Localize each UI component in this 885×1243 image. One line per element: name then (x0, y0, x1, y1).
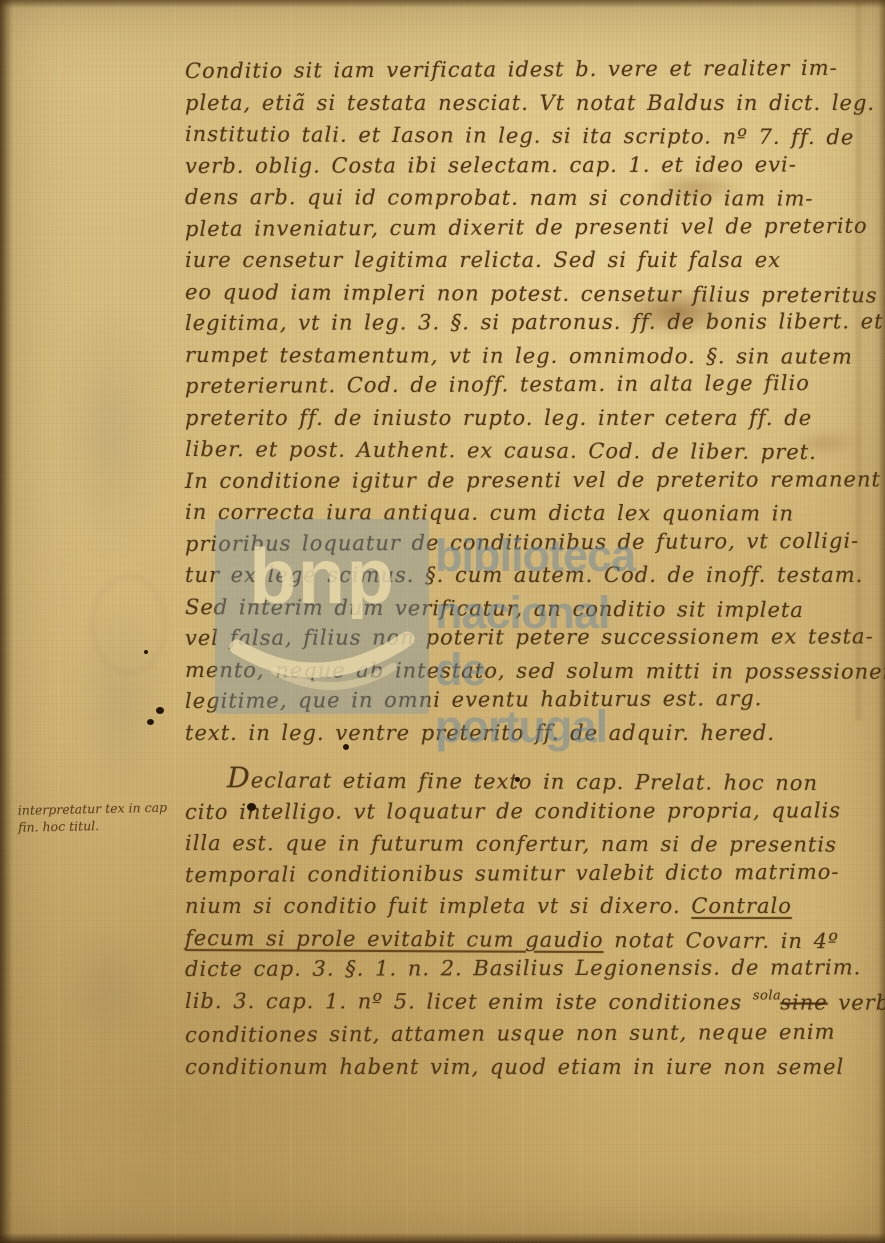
text-segment: legitime, que in omni eventu habiturus e… (185, 686, 762, 713)
text-segment: lib. 3. cap. 1. nº 5. licet enim iste co… (185, 989, 753, 1014)
manuscript-line: preterito ff. de iniusto rupto. leg. int… (185, 403, 875, 435)
manuscript-line: temporali conditionibus sumitur valebit … (185, 856, 875, 891)
text-segment: conditionum habent vim, quod etiam in iu… (185, 1055, 844, 1079)
text-segment: Declarat etiam fine texto in cap. Prelat… (227, 768, 818, 795)
struck-word: sine (780, 990, 828, 1014)
marginal-note-line: interpretatur tex in cap (18, 798, 186, 819)
manuscript-text: Conditio sit iam verificata idest b. ver… (185, 56, 875, 1083)
manuscript-line: legitime, que in omni eventu habiturus e… (185, 683, 875, 718)
manuscript-line: dicte cap. 3. §. 1. n. 2. Basilius Legio… (185, 952, 875, 985)
manuscript-line: conditiones sint, attamen usque non sunt… (185, 1017, 875, 1052)
text-segment: verb. oblig. Costa ibi selectam. cap. 1.… (185, 152, 797, 177)
text-segment: In conditione igitur de presenti vel de … (185, 467, 881, 493)
manuscript-line: verb. oblig. Costa ibi selectam. cap. 1.… (185, 149, 875, 182)
text-segment: dens arb. qui id comprobat. nam si condi… (185, 185, 814, 211)
text-segment: pleta inveniatur, cum dixerit de present… (185, 213, 868, 240)
water-ring-mark (92, 575, 166, 674)
manuscript-line: pleta, etiã si testata nesciat. Vt notat… (185, 88, 875, 120)
manuscript-line: prioribus loquatur de conditionibus de f… (185, 525, 875, 560)
manuscript-line: iure censetur legitima relicta. Sed si f… (185, 245, 875, 277)
text-segment: eo quod iam impleri non potest. censetur… (185, 280, 885, 308)
ink-blot (156, 707, 164, 714)
underlined-phrase: fecum si prole evitabit cum gaudio (185, 926, 604, 952)
text-segment: Conditio sit iam verificata idest b. ver… (185, 56, 838, 83)
manuscript-line: Declarat etiam fine texto in cap. Prelat… (185, 762, 875, 800)
manuscript-line: tur ex lege scimus. §. cum autem. Cod. d… (185, 560, 875, 592)
text-segment: prioribus loquatur de conditionibus de f… (185, 528, 859, 555)
text-segment: conditiones sint, attamen usque non sunt… (185, 1020, 836, 1047)
manuscript-line: legitima, vt in leg. 3. §. si patronus. … (185, 306, 875, 339)
verso-showthrough (70, 600, 170, 800)
text-segment: iure censetur legitima relicta. Sed si f… (185, 248, 781, 272)
text-segment: preterierunt. Cod. de inoff. testam. in … (185, 371, 810, 398)
manuscript-page: Conditio sit iam verificata idest b. ver… (0, 0, 885, 1243)
text-segment: dicte cap. 3. §. 1. n. 2. Basilius Legio… (185, 955, 861, 981)
manuscript-line: conditionum habent vim, quod etiam in iu… (185, 1052, 875, 1084)
marginal-note: interpretatur tex in cap fin. hoc titul. (18, 798, 187, 836)
manuscript-line: text. in leg. ventre preterito ff. de ad… (185, 718, 875, 750)
interlinear-correction: sola (753, 988, 781, 1003)
manuscript-line: nium si conditio fuit impleta vt si dixe… (185, 891, 875, 923)
manuscript-line: preterierunt. Cod. de inoff. testam. in … (185, 368, 875, 403)
text-segment: vel falsa, filius non poterit petere suc… (185, 624, 874, 650)
manuscript-line: vel falsa, filius non poterit petere suc… (185, 621, 875, 654)
text-segment: institutio tali. et Iason in leg. si ita… (185, 122, 854, 149)
text-segment: mento, neque ab intestato, sed solum mit… (185, 658, 885, 684)
manuscript-line: cito intelligo. vt loquatur de condition… (185, 795, 875, 828)
text-segment: legitima, vt in leg. 3. §. si patronus. … (185, 309, 885, 335)
ink-blot (147, 719, 154, 725)
text-segment: pleta, etiã si testata nesciat. Vt notat… (185, 91, 875, 115)
text-segment: cito intelligo. vt loquatur de condition… (185, 798, 841, 824)
text-segment: liber. et post. Authent. ex causa. Cod. … (185, 437, 817, 464)
text-segment: notat Covarr. in 4º (604, 928, 839, 953)
manuscript-line: Conditio sit iam verificata idest b. ver… (185, 53, 875, 88)
page-edge-right (878, 0, 885, 1243)
page-edge-left (0, 0, 13, 1243)
ink-blot (144, 650, 148, 654)
text-segment: Sed interim dum verificatur, an conditio… (185, 595, 804, 622)
underlined-phrase: Contralo (691, 894, 792, 918)
text-segment: illa est. que in futurum confertur, nam … (185, 831, 837, 857)
text-segment: text. in leg. ventre preterito ff. de ad… (185, 721, 775, 745)
text-segment: tur ex lege scimus. §. cum autem. Cod. d… (185, 563, 863, 587)
text-segment: nium si conditio fuit impleta vt si dixe… (185, 894, 691, 918)
verso-showthrough (60, 930, 150, 1050)
page-edge-top (0, 0, 885, 8)
manuscript-line: In conditione igitur de presenti vel de … (185, 464, 875, 497)
text-segment: rumpet testamentum, vt in leg. omnimodo.… (185, 343, 853, 369)
text-segment: temporali conditionibus sumitur valebit … (185, 859, 840, 886)
text-segment: preterito ff. de iniusto rupto. leg. int… (185, 406, 812, 430)
text-segment: in correcta iura antiqua. cum dicta lex … (185, 500, 794, 525)
manuscript-line: pleta inveniatur, cum dixerit de present… (185, 210, 875, 245)
text-segment: verborum (828, 990, 885, 1014)
verso-showthrough (55, 300, 165, 560)
marginal-note-line: fin. hoc titul. (18, 815, 186, 836)
page-edge-bottom (0, 1233, 885, 1243)
